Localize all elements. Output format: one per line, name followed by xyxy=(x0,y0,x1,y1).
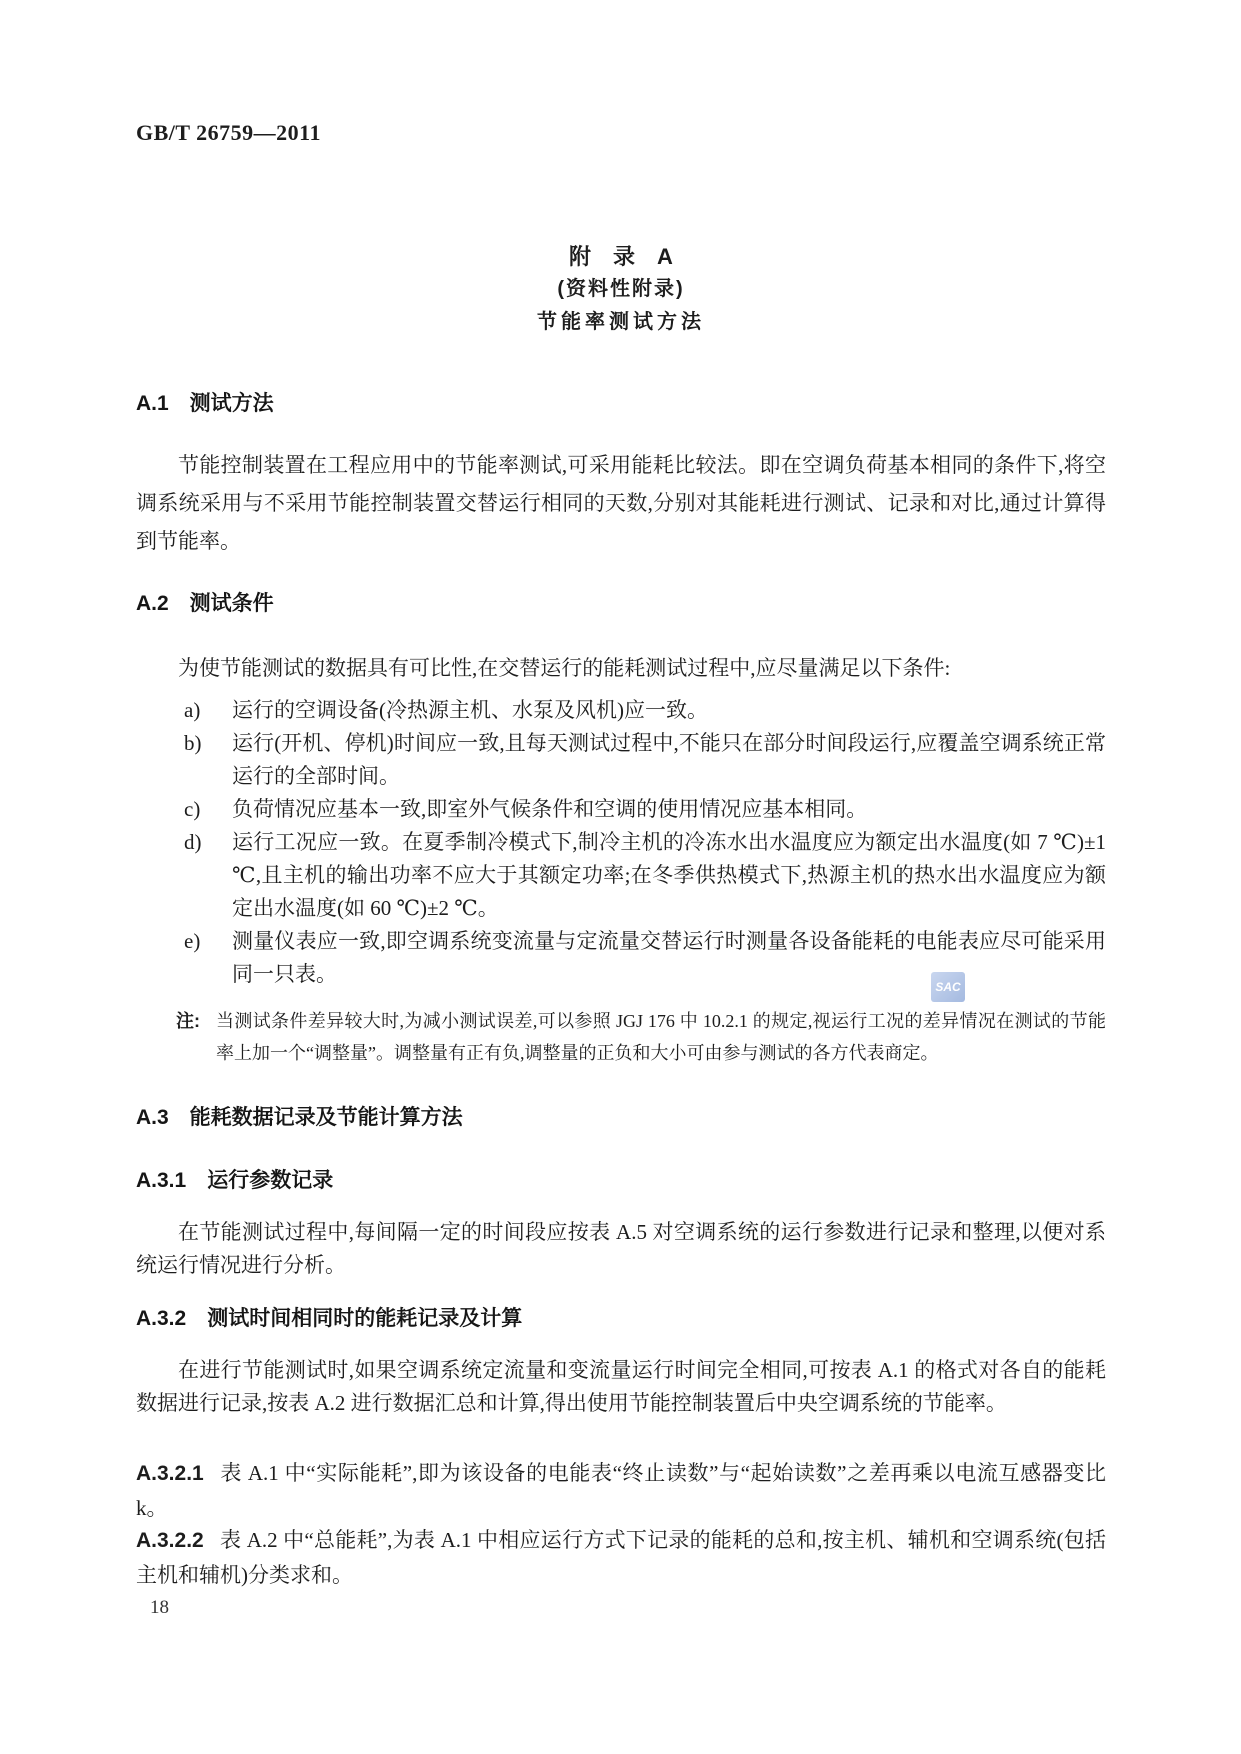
list-item: c) 负荷情况应基本一致,即室外气候条件和空调的使用情况应基本相同。 xyxy=(184,793,1106,826)
standard-number: GB/T 26759—2011 xyxy=(136,120,321,146)
paragraph-a1: 节能控制装置在工程应用中的节能率测试,可采用能耗比较法。即在空调负荷基本相同的条… xyxy=(136,446,1106,560)
list-item-label: c) xyxy=(184,793,232,826)
appendix-subtitle: (资料性附录) xyxy=(136,273,1106,306)
paragraph-a31: 在节能测试过程中,每间隔一定的时间段应按表 A.5 对空调系统的运行参数进行记录… xyxy=(136,1216,1106,1282)
list-item: a) 运行的空调设备(冷热源主机、水泵及风机)应一致。 xyxy=(184,694,1106,727)
clause-a321: A.3.2.1表 A.1 中“实际能耗”,即为该设备的电能表“终止读数”与“起始… xyxy=(136,1456,1106,1525)
note-block: 注: 当测试条件差异较大时,为减小测试误差,可以参照 JGJ 176 中 10.… xyxy=(176,1005,1106,1069)
appendix-title: 附 录 A xyxy=(136,240,1106,273)
conditions-list: a) 运行的空调设备(冷热源主机、水泵及风机)应一致。 b) 运行(开机、停机)… xyxy=(184,694,1106,991)
list-item: e) 测量仪表应一致,即空调系统变流量与定流量交替运行时测量各设备能耗的电能表应… xyxy=(184,925,1106,991)
appendix-name: 节能率测试方法 xyxy=(136,306,1106,339)
list-item: d) 运行工况应一致。在夏季制冷模式下,制冷主机的冷冻水出水温度应为额定出水温度… xyxy=(184,826,1106,925)
paragraph-a32: 在进行节能测试时,如果空调系统定流量和变流量运行时间完全相同,可按表 A.1 的… xyxy=(136,1354,1106,1420)
appendix-title-block: 附 录 A (资料性附录) 节能率测试方法 xyxy=(136,240,1106,339)
page-number: 18 xyxy=(150,1597,169,1619)
clause-a322-text: 表 A.2 中“总能耗”,为表 A.1 中相应运行方式下记录的能耗的总和,按主机… xyxy=(136,1528,1106,1587)
note-text: 当测试条件差异较大时,为减小测试误差,可以参照 JGJ 176 中 10.2.1… xyxy=(216,1005,1106,1069)
sac-watermark-icon: SAC xyxy=(931,972,965,1002)
list-item-text: 测量仪表应一致,即空调系统变流量与定流量交替运行时测量各设备能耗的电能表应尽可能… xyxy=(232,925,1106,991)
list-item-label: d) xyxy=(184,826,232,925)
section-heading-a3: A.3 能耗数据记录及节能计算方法 xyxy=(136,1106,463,1130)
paragraph-a2-intro: 为使节能测试的数据具有可比性,在交替运行的能耗测试过程中,应尽量满足以下条件: xyxy=(136,652,1106,685)
section-heading-a32: A.3.2 测试时间相同时的能耗记录及计算 xyxy=(136,1307,522,1331)
list-item: b) 运行(开机、停机)时间应一致,且每天测试过程中,不能只在部分时间段运行,应… xyxy=(184,727,1106,793)
list-item-label: a) xyxy=(184,694,232,727)
list-item-text: 运行(开机、停机)时间应一致,且每天测试过程中,不能只在部分时间段运行,应覆盖空… xyxy=(232,727,1106,793)
list-item-label: b) xyxy=(184,727,232,793)
section-heading-a31: A.3.1 运行参数记录 xyxy=(136,1169,333,1193)
list-item-text: 负荷情况应基本一致,即室外气候条件和空调的使用情况应基本相同。 xyxy=(232,793,1106,826)
document-page: GB/T 26759—2011 附 录 A (资料性附录) 节能率测试方法 A.… xyxy=(0,0,1241,1754)
section-heading-a2: A.2 测试条件 xyxy=(136,592,274,616)
list-item-text: 运行工况应一致。在夏季制冷模式下,制冷主机的冷冻水出水温度应为额定出水温度(如 … xyxy=(232,826,1106,925)
clause-a322-label: A.3.2.2 xyxy=(136,1529,220,1552)
list-item-label: e) xyxy=(184,925,232,991)
clause-a321-text: 表 A.1 中“实际能耗”,即为该设备的电能表“终止读数”与“起始读数”之差再乘… xyxy=(136,1461,1106,1520)
clause-a321-label: A.3.2.1 xyxy=(136,1462,220,1485)
note-label: 注: xyxy=(176,1005,216,1069)
section-heading-a1: A.1 测试方法 xyxy=(136,392,274,416)
clause-a322: A.3.2.2表 A.2 中“总能耗”,为表 A.1 中相应运行方式下记录的能耗… xyxy=(136,1523,1106,1592)
list-item-text: 运行的空调设备(冷热源主机、水泵及风机)应一致。 xyxy=(232,694,1106,727)
